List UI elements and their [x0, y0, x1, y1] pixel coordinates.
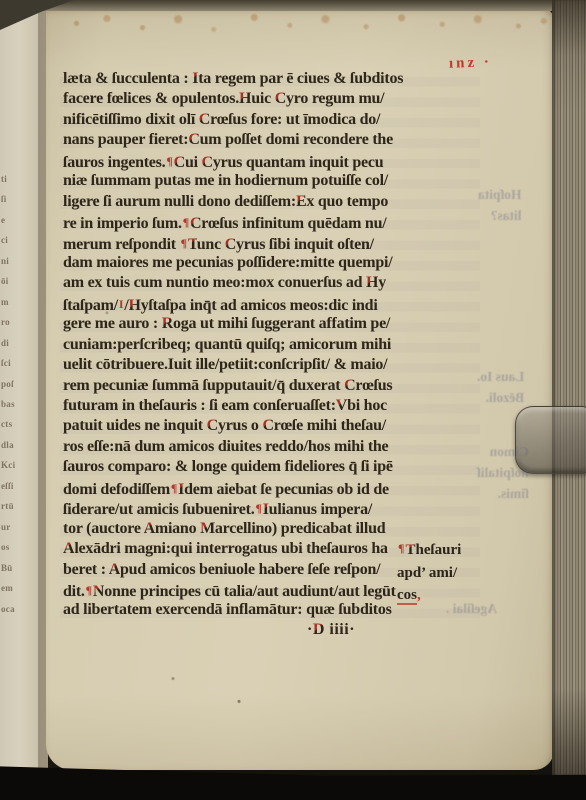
edge-fragment: ci [1, 230, 19, 250]
text-line: dam maiores me pecunias poſſidere:mitte … [63, 253, 475, 273]
text-line: domi defodiſſem¶Idem aiebat ſe pecunias … [63, 478, 475, 498]
fore-edge-shading [552, 0, 586, 800]
quire-signature: ·D iiii· [307, 621, 355, 639]
edge-fragment: Kci [1, 455, 19, 475]
text-line: gere me auro : Roga ut mihi ſuggerant af… [63, 314, 475, 334]
edge-fragment: cts [1, 414, 19, 434]
edge-fragment: poſ [1, 374, 19, 394]
margin-note-line: apd’ ami/ [397, 562, 487, 585]
edge-fragment: ſi [1, 189, 19, 209]
bleed-through-note: Ageſilai . [446, 598, 497, 619]
edge-fragment: em [1, 578, 19, 598]
edge-fragment: e [1, 210, 19, 230]
edge-fragment: ōi [1, 271, 19, 291]
edge-fragment: ro [1, 312, 19, 332]
text-line: ſiderare/ut amicis ſubueniret.¶Iulianus … [63, 498, 475, 518]
bleed-through-note: Cimonhoſpitaliſſimis. [477, 441, 529, 504]
text-line: rem pecuniæ ſummā ſupputauit/q̄ duxerat … [63, 376, 475, 396]
signature-letter: D [313, 621, 325, 638]
margin-note-line: ¶Theſauri [397, 537, 487, 562]
edge-fragment: bas [1, 394, 19, 414]
edge-fragment: eſſi [1, 476, 19, 496]
text-line: nans pauper fieret:Cum poſſet domi recon… [63, 130, 475, 150]
edge-fragment: ni [1, 251, 19, 271]
signature-numerals: iiii [325, 621, 349, 638]
edge-fragment: Bū [1, 558, 19, 578]
text-line: ligere ſi aurum nulli dono dediſſem:Ex q… [63, 192, 475, 212]
text-line: tor (auctore Amiano Marcellino) predicab… [63, 519, 475, 539]
edge-fragment: m [1, 292, 19, 312]
bleed-through-note: Laus Io.Bēzoli. [477, 366, 524, 408]
text-line: ſauros comparo: & longe quidem fideliore… [63, 457, 475, 477]
bleed-through-note: Hoſpitalitas? [478, 184, 522, 226]
edge-fragment: ur [1, 517, 19, 537]
text-line: facere fœlices & opulentos.Huic Cyro reg… [63, 89, 475, 109]
facing-page-text-fragments: tiſieciniōimrodiſcipoſbasctsdlaKcieſſirt… [1, 169, 19, 619]
text-line: patuit uides ne inquit Cyrus o Crœſe mih… [63, 416, 475, 436]
text-line: ſauros ingentes.¶Cui Cyrus quantam inqui… [63, 151, 475, 171]
text-line: ros eſſe:nā dum amicos diuites reddo/hos… [63, 437, 475, 457]
book-photo: tiſieciniōimrodiſcipoſbasctsdlaKcieſſirt… [0, 0, 586, 800]
edge-fragment: dla [1, 435, 19, 455]
edge-fragment: os [1, 537, 19, 557]
text-line: am ex tuis cum nuntio meo:mox conuerſus … [63, 273, 475, 293]
text-line: nificētiſſimo dixit olī Crœſus fore: ut … [63, 110, 475, 130]
edge-fragment: di [1, 333, 19, 353]
edge-fragment: ſci [1, 353, 19, 373]
book-head-edge [0, 0, 586, 11]
text-line: niæ ſummam putas me in hodiernum potuiſſ… [63, 171, 475, 191]
edge-fragment: rtū [1, 496, 19, 516]
edge-fragment: ti [1, 169, 19, 189]
text-line: merum reſpondit ¶Tunc Cyrus ſibi inquit … [63, 233, 475, 253]
text-line: cuniam:perſcribeq; quantū quiſq; amicoru… [63, 335, 475, 355]
text-line: læta & ſucculenta : Ita regem par ē ciue… [63, 69, 475, 89]
text-line: uelit cōtribuere.Iuit ille/petiit:conſcr… [63, 355, 475, 375]
signature-dot: · [307, 621, 313, 638]
text-line: re in imperio ſum.¶Crœſus infinitum quēd… [63, 212, 475, 232]
text-line: ſtaſpam/I/Hyſtaſpa inq̄t ad amicos meos:… [63, 294, 475, 314]
text-line: futuram in theſauris : ſi eam conſeruaſſ… [63, 396, 475, 416]
edge-fragment: oca [1, 599, 19, 619]
margin-note-thesauri: ¶Theſauri apd’ ami/ cos, [397, 537, 487, 607]
signature-dot: · [349, 621, 355, 638]
